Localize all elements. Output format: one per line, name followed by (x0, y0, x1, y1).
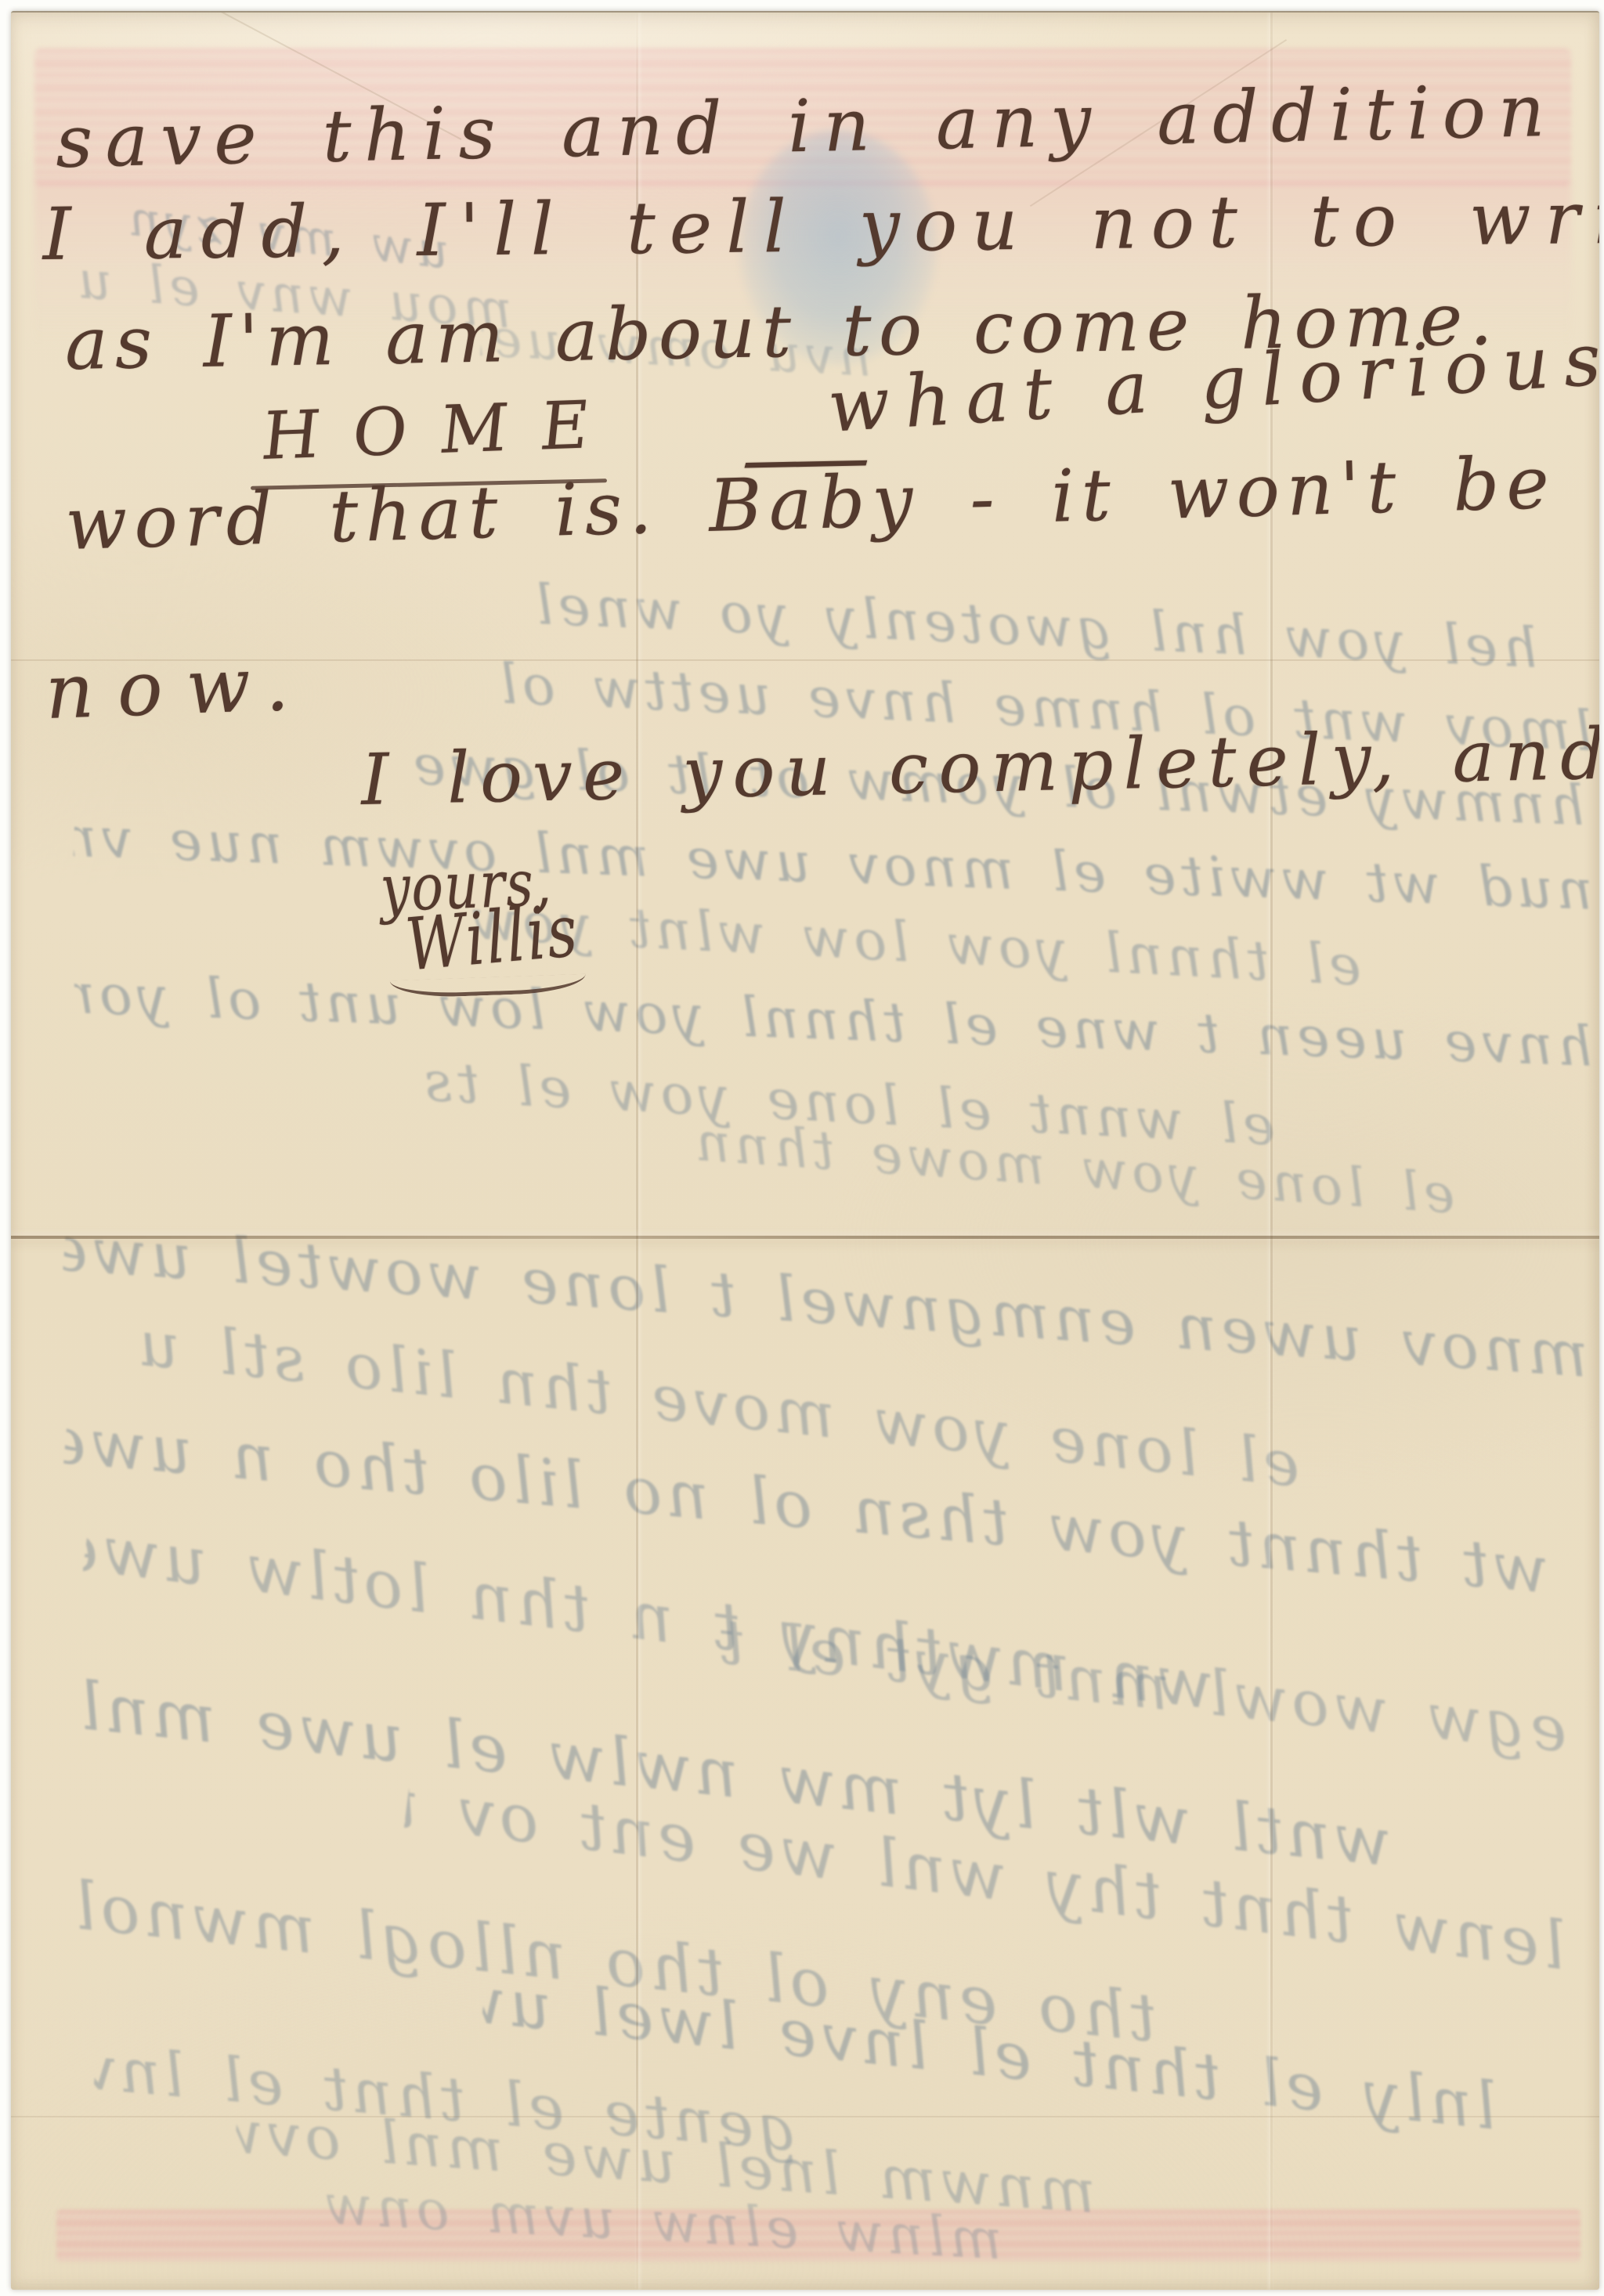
bleed-through-line: nud wt wwite el mnov uwe mnl ovwm nue vm… (73, 805, 1594, 922)
bleed-through-line: el wnnt el lone yow el ts gnv (414, 1049, 1277, 1157)
bleed-through-line: mlnw elnw uvm onw muv el (296, 2171, 1003, 2273)
bleed-through-line: lnly el thnt el lnve lwel uwe (480, 1964, 1501, 2144)
letter-line: now. (44, 639, 314, 736)
bleed-through-line: mnov uwen enmgnwel t lone wowtel uwe mnl… (62, 1212, 1591, 1392)
letter-line: I add, I'll tell you not to write (42, 175, 1599, 276)
bleed-through-line: hel yow hnl gwotenly yo wnel mnov uw (496, 571, 1539, 680)
letter-word-home: HOME (258, 385, 627, 475)
letter-line: I love you completely, and I am (360, 707, 1599, 821)
bleed-through-line: wntl wlt lyt mw nwlw el uwe mnl ovwm nue (63, 1666, 1395, 1881)
pink-band-bottom (56, 2210, 1581, 2262)
signature: Willis (403, 889, 582, 987)
bleed-through-line: mnwm lnel uwe mnl ovwm nue (233, 2097, 1098, 2227)
fold-crease-horizontal-lower (11, 2116, 1599, 2117)
bleed-through-line: wt thnnt yow thsn ol no lilo tho n uwe m… (62, 1404, 1551, 1608)
bleed-through-line: egw wowl mnt gyt el thn (714, 1605, 1571, 1766)
letter-line: save this and in any addition that (55, 63, 1599, 184)
bleed-through-line: el lone yow mowe thnn mowe (671, 1110, 1457, 1226)
bleed-through-line: wn mwthny t n thn lotlw uwe mnl ovwm (81, 1510, 1217, 1724)
bleed-through-line: gente el thnt el lnve (92, 2034, 800, 2165)
scanned-letter-page: uw mv zynmou wnv el uvm lmnvu omw uem lv… (0, 0, 1604, 2296)
bleed-through-line: lenw thnt thy wnl we ent ov tl uwe (403, 1767, 1570, 1985)
bleed-through-line: el lone yow move thn lilo stl uwe mnl ov… (128, 1306, 1304, 1501)
bleed-through-line: hnve ueen t wne el thnnl yow low unt ol … (73, 962, 1594, 1079)
bleed-through-line: tho eny ol tho nllogl mwnol uw (62, 1866, 1161, 2057)
letter-paper: uw mv zynmou wnv el uvm lmnvu omw uem lv… (11, 11, 1599, 2290)
fold-crease-horizontal-main (11, 1236, 1599, 1239)
